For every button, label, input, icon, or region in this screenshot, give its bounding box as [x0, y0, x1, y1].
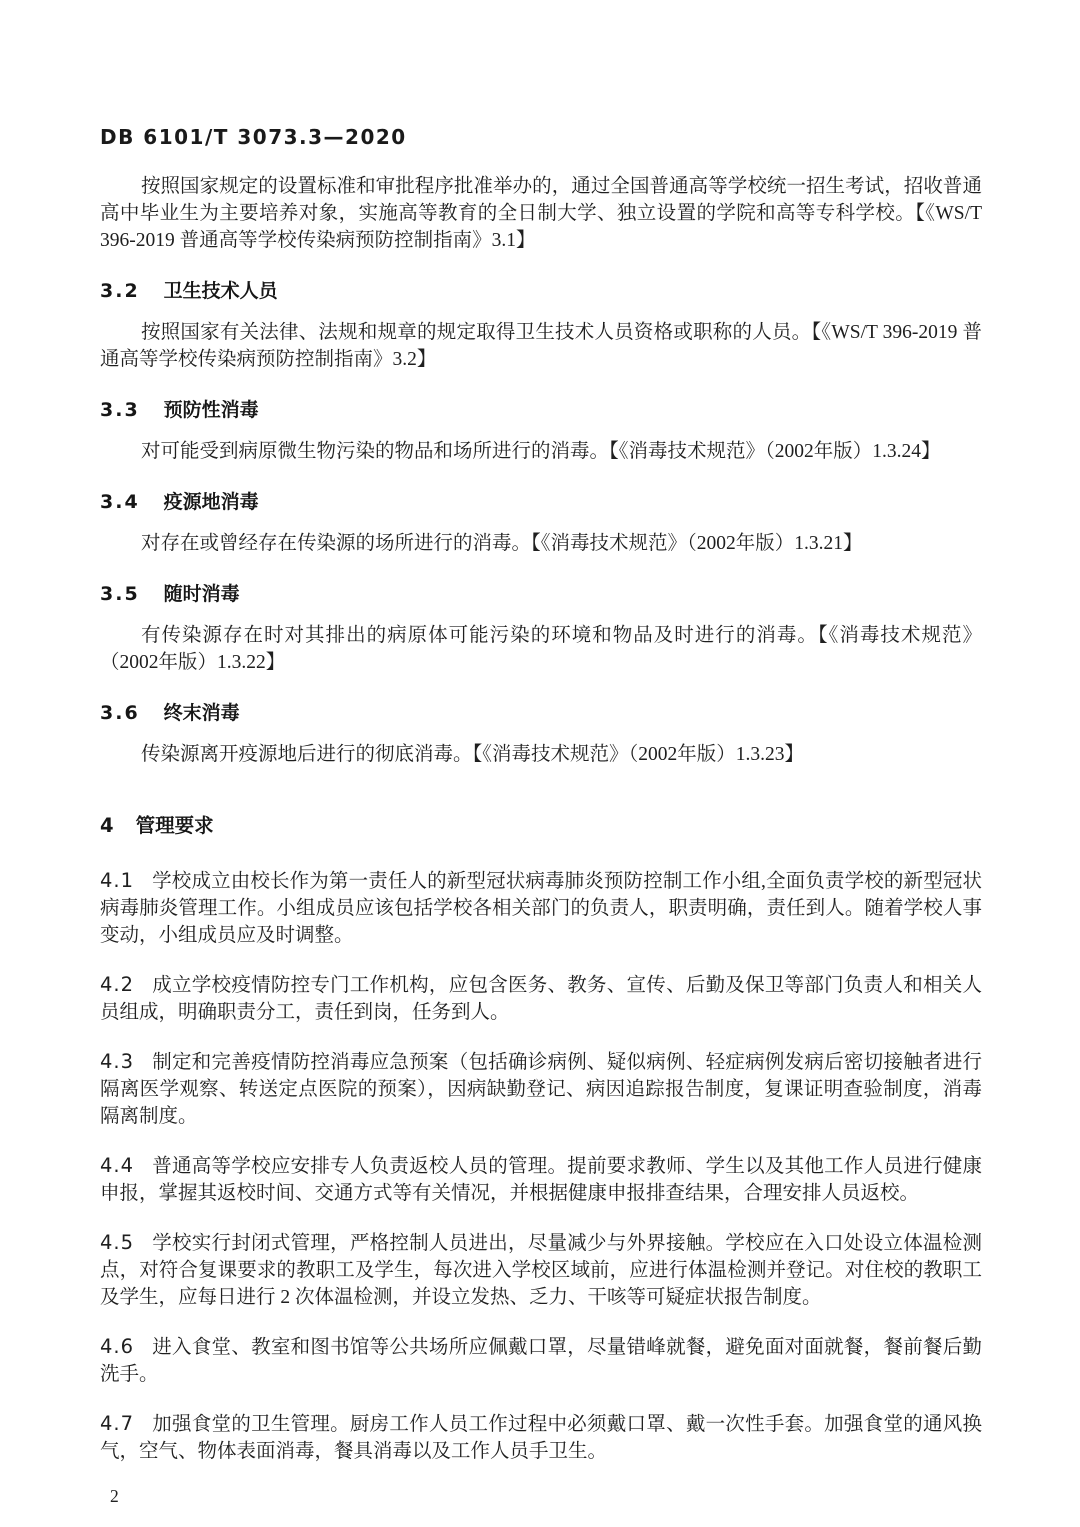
clause-number: 4.6 [100, 1335, 134, 1358]
section-number: 3.6 [100, 702, 140, 724]
clause-4-7: 4.7加强食堂的卫生管理。厨房工作人员工作过程中必须戴口罩、戴一次性手套。加强食… [100, 1410, 982, 1465]
clause-number: 4.7 [100, 1412, 134, 1435]
section-title: 终末消毒 [164, 702, 240, 724]
clause-number: 4.4 [100, 1154, 134, 1177]
section-body-3-5: 有传染源存在时对其排出的病原体可能污染的环境和物品及时进行的消毒。【《消毒技术规… [100, 622, 982, 676]
clause-4-6: 4.6进入食堂、教室和图书馆等公共场所应佩戴口罩，尽量错峰就餐，避免面对面就餐，… [100, 1333, 982, 1388]
section-title: 卫生技术人员 [164, 280, 278, 302]
section-heading-3-2: 3.2卫生技术人员 [100, 278, 982, 305]
intro-paragraph: 按照国家规定的设置标准和审批程序批准举办的，通过全国普通高等学校统一招生考试，招… [100, 173, 982, 254]
section-number: 3.2 [100, 280, 140, 302]
clause-number: 4.2 [100, 973, 134, 996]
section-heading-3-5: 3.5随时消毒 [100, 581, 982, 608]
section-body-3-4: 对存在或曾经存在传染源的场所进行的消毒。【《消毒技术规范》（2002年版）1.3… [100, 530, 982, 557]
section-body-3-3: 对可能受到病原微生物污染的物品和场所进行的消毒。【《消毒技术规范》（2002年版… [100, 438, 982, 465]
clause-4-4: 4.4普通高等学校应安排专人负责返校人员的管理。提前要求教师、学生以及其他工作人… [100, 1152, 982, 1207]
section-number: 3.3 [100, 399, 140, 421]
clause-4-3: 4.3制定和完善疫情防控消毒应急预案（包括确诊病例、疑似病例、轻症病例发病后密切… [100, 1048, 982, 1130]
clause-text: 普通高等学校应安排专人负责返校人员的管理。提前要求教师、学生以及其他工作人员进行… [100, 1156, 982, 1204]
clause-text: 加强食堂的卫生管理。厨房工作人员工作过程中必须戴口罩、戴一次性手套。加强食堂的通… [100, 1414, 982, 1462]
clause-number: 4.3 [100, 1050, 134, 1073]
document-page: DB 6101/T 3073.3—2020 按照国家规定的设置标准和审批程序批准… [0, 0, 1080, 1527]
section-number: 3.4 [100, 491, 140, 513]
clause-text: 学校实行封闭式管理，严格控制人员进出，尽量减少与外界接触。学校应在入口处设立体温… [100, 1233, 982, 1308]
chapter-title: 管理要求 [136, 814, 214, 837]
section-body-3-2: 按照国家有关法律、法规和规章的规定取得卫生技术人员资格或职称的人员。【《WS/T… [100, 319, 982, 373]
page-number: 2 [100, 1485, 982, 1507]
clause-number: 4.1 [100, 869, 134, 892]
section-body-3-6: 传染源离开疫源地后进行的彻底消毒。【《消毒技术规范》（2002年版）1.3.23… [100, 741, 982, 768]
clause-4-1: 4.1学校成立由校长作为第一责任人的新型冠状病毒肺炎预防控制工作小组,全面负责学… [100, 867, 982, 949]
section-heading-3-4: 3.4疫源地消毒 [100, 489, 982, 516]
clause-text: 制定和完善疫情防控消毒应急预案（包括确诊病例、疑似病例、轻症病例发病后密切接触者… [100, 1052, 982, 1127]
section-number: 3.5 [100, 583, 140, 605]
clause-number: 4.5 [100, 1231, 134, 1254]
section-title: 随时消毒 [164, 583, 240, 605]
clause-4-2: 4.2成立学校疫情防控专门工作机构，应包含医务、教务、宣传、后勤及保卫等部门负责… [100, 971, 982, 1026]
section-heading-3-3: 3.3预防性消毒 [100, 397, 982, 424]
chapter-number: 4 [100, 814, 114, 837]
section-heading-3-6: 3.6终末消毒 [100, 700, 982, 727]
chapter-heading-4: 4管理要求 [100, 812, 982, 839]
clause-text: 进入食堂、教室和图书馆等公共场所应佩戴口罩，尽量错峰就餐，避免面对面就餐，餐前餐… [100, 1337, 982, 1385]
document-number: DB 6101/T 3073.3—2020 [100, 126, 982, 149]
clause-text: 学校成立由校长作为第一责任人的新型冠状病毒肺炎预防控制工作小组,全面负责学校的新… [100, 871, 982, 946]
section-title: 预防性消毒 [164, 399, 259, 421]
clause-text: 成立学校疫情防控专门工作机构，应包含医务、教务、宣传、后勤及保卫等部门负责人和相… [100, 975, 982, 1023]
clause-4-5: 4.5学校实行封闭式管理，严格控制人员进出，尽量减少与外界接触。学校应在入口处设… [100, 1229, 982, 1311]
section-title: 疫源地消毒 [164, 491, 259, 513]
